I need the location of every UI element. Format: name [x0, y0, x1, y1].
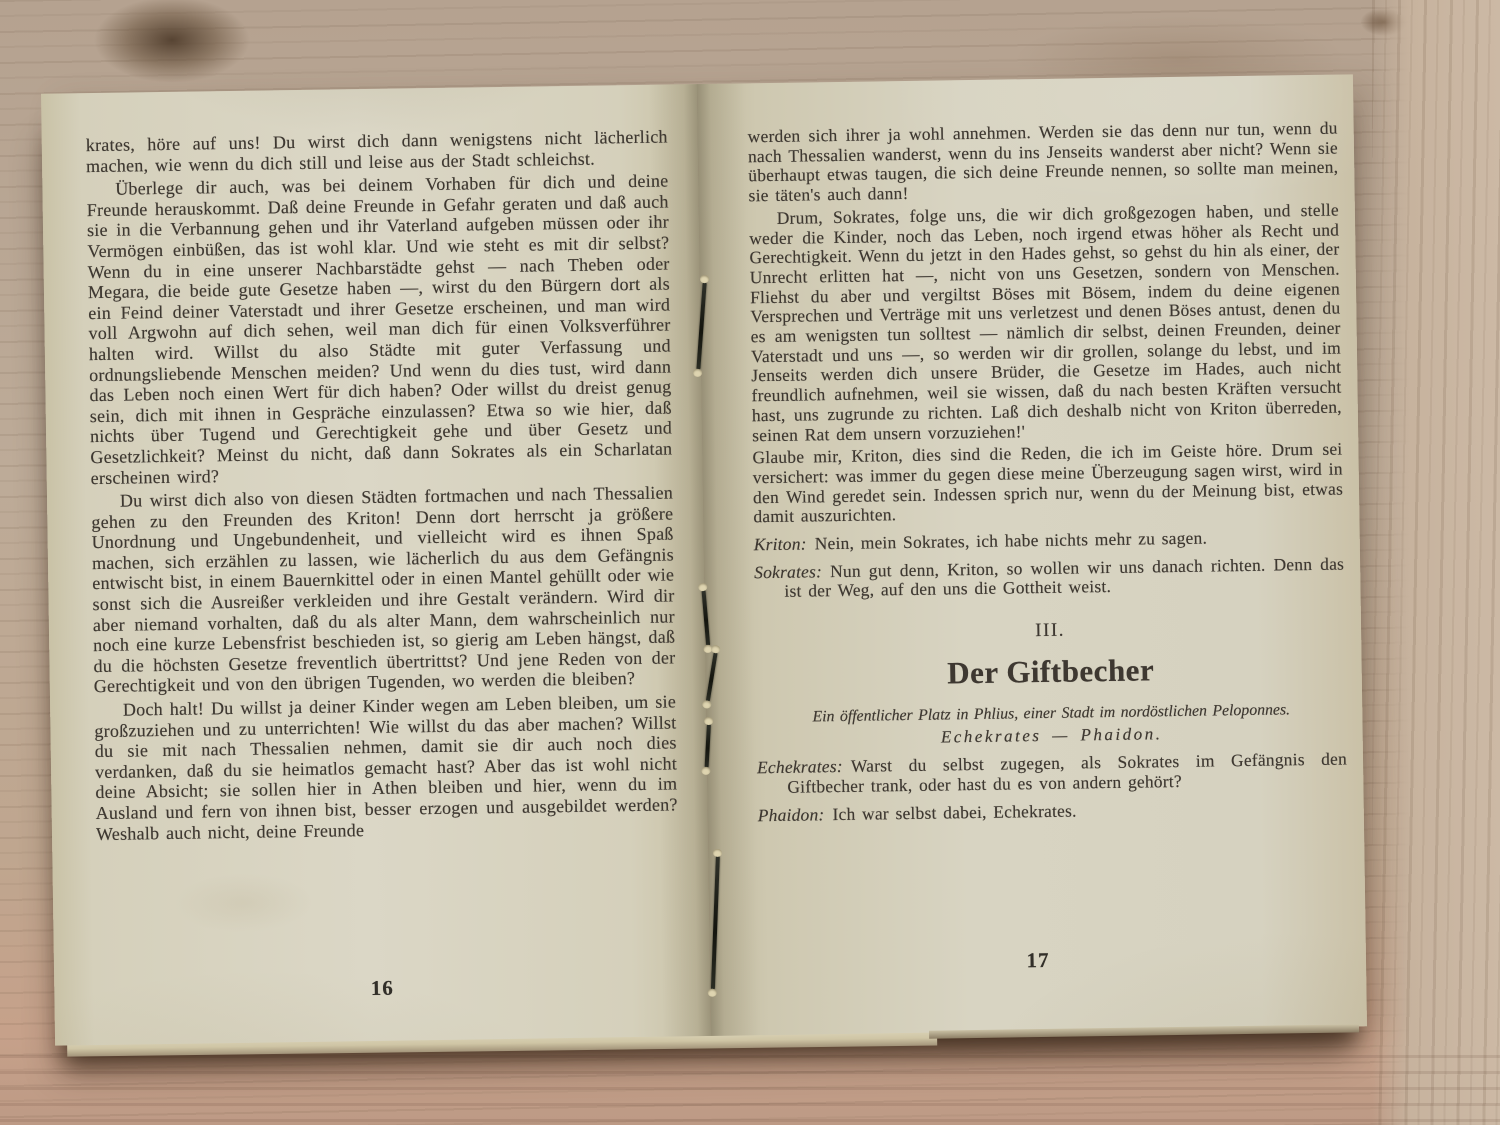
- open-book: krates, höre auf uns! Du wirst dich dann…: [41, 74, 1367, 1045]
- book-gutter: [649, 83, 759, 1036]
- binding-thread: [705, 724, 711, 768]
- dialog-text: Nun gut denn, Kriton, so wollen wir uns …: [784, 553, 1344, 601]
- speaker-name: Echekrates:: [757, 756, 843, 777]
- book-page-right: werden sich ihrer ja wohl annehmen. Werd…: [697, 74, 1367, 1036]
- dialog-line-kriton: Kriton:Nein, mein Sokrates, ich habe nic…: [754, 527, 1344, 555]
- chapter-title: Der Giftbecher: [755, 650, 1345, 695]
- binding-thread: [706, 652, 718, 702]
- paragraph: werden sich ihrer ja wohl annehmen. Werd…: [748, 119, 1339, 207]
- paragraph: Doch halt! Du willst ja deiner Kinder we…: [94, 691, 678, 844]
- page-number-left: 16: [54, 971, 710, 1006]
- dialog-line-phaidon: Phaidon:Ich war selbst dabei, Echekrates…: [758, 797, 1348, 825]
- dialog-text: Ich war selbst dabei, Echekrates.: [832, 800, 1076, 824]
- book-photo-scene: krates, höre auf uns! Du wirst dich dann…: [0, 0, 1500, 1125]
- paragraph: Drum, Sokrates, folge uns, die wir dich …: [749, 200, 1342, 445]
- speaker-name: Sokrates:: [754, 561, 822, 582]
- paragraph: Glaube mir, Kriton, dies sind die Reden,…: [752, 440, 1343, 528]
- wood-horizontal-grain: [0, 1055, 1500, 1125]
- binding-thread: [696, 282, 706, 370]
- right-page-text-block: werden sich ihrer ja wohl annehmen. Werd…: [697, 74, 1367, 1036]
- paragraph: Du wirst dich also von diesen Städten fo…: [91, 483, 676, 698]
- left-page-text-block: krates, höre auf uns! Du wirst dich dann…: [41, 84, 711, 1046]
- dialog-line-echekrates: Echekrates:Warst du selbst zugegen, als …: [757, 750, 1348, 798]
- paragraph: krates, höre auf uns! Du wirst dich dann…: [86, 126, 669, 176]
- dialog-text: Nein, mein Sokrates, ich habe nichts meh…: [815, 528, 1208, 554]
- speaker-name: Phaidon:: [758, 804, 825, 825]
- binding-thread: [702, 590, 711, 646]
- paragraph: Überlege dir auch, was bei deinem Vorhab…: [86, 171, 673, 489]
- binding-thread: [711, 856, 720, 990]
- speaker-name: Kriton:: [754, 534, 807, 555]
- dialog-text: Warst du selbst zugegen, als Sokrates im…: [787, 749, 1347, 797]
- dialog-line-sokrates: Sokrates:Nun gut denn, Kriton, so wollen…: [754, 554, 1345, 602]
- wood-vertical-grain: [1372, 0, 1500, 1125]
- page-number-right: 17: [710, 943, 1366, 978]
- section-number: III.: [755, 616, 1345, 647]
- book-page-left: krates, höre auf uns! Du wirst dich dann…: [41, 84, 711, 1046]
